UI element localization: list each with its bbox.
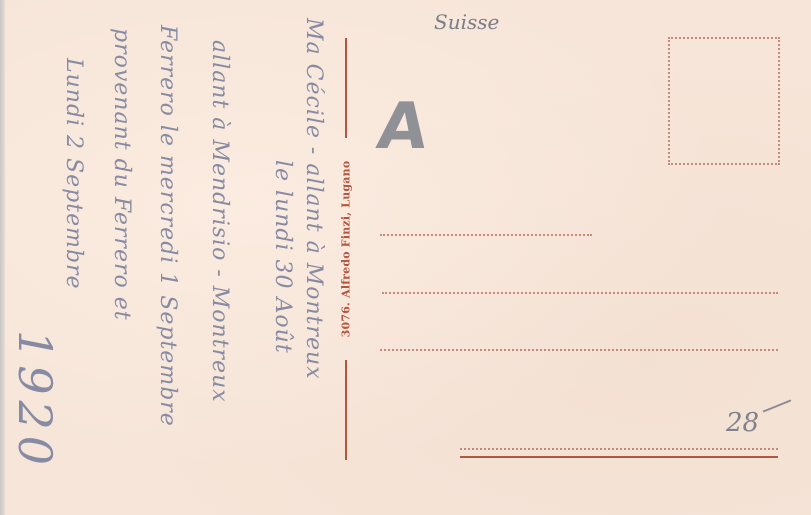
address-underline [460, 456, 778, 458]
country-note: Suisse [434, 10, 499, 34]
publisher-imprint: 3076. Alfredo Finzi, Lugano [340, 161, 353, 338]
handwriting-line-4: Ferrero le mercredi 1 Septembre [155, 25, 180, 427]
address-line-3 [380, 349, 778, 351]
handwriting-line-5: provenant du Ferrero et [109, 28, 134, 321]
handwriting-line-2: le lundi 30 Août [270, 160, 295, 354]
handwriting-line-3: allant à Mendrisio - Montreux [207, 40, 232, 403]
price-dash [763, 399, 792, 412]
stamp-box [668, 37, 780, 165]
divider-line-bottom [345, 360, 347, 460]
address-line-2 [382, 292, 778, 294]
handwritten-year: 1920 [8, 330, 62, 471]
divider-line-top [345, 38, 347, 138]
postcard-back: Ma Cécile - allant à Montreux le lundi 3… [0, 0, 811, 515]
scan-edge [0, 0, 5, 515]
address-line-1 [380, 234, 592, 236]
handwriting-line-1: Ma Cécile - allant à Montreux [301, 18, 326, 380]
address-line-4 [460, 448, 778, 450]
price-note: 28 [726, 408, 759, 438]
handwriting-line-6: Lundi 2 Septembre [61, 58, 86, 290]
pencil-mark: A [374, 95, 433, 159]
